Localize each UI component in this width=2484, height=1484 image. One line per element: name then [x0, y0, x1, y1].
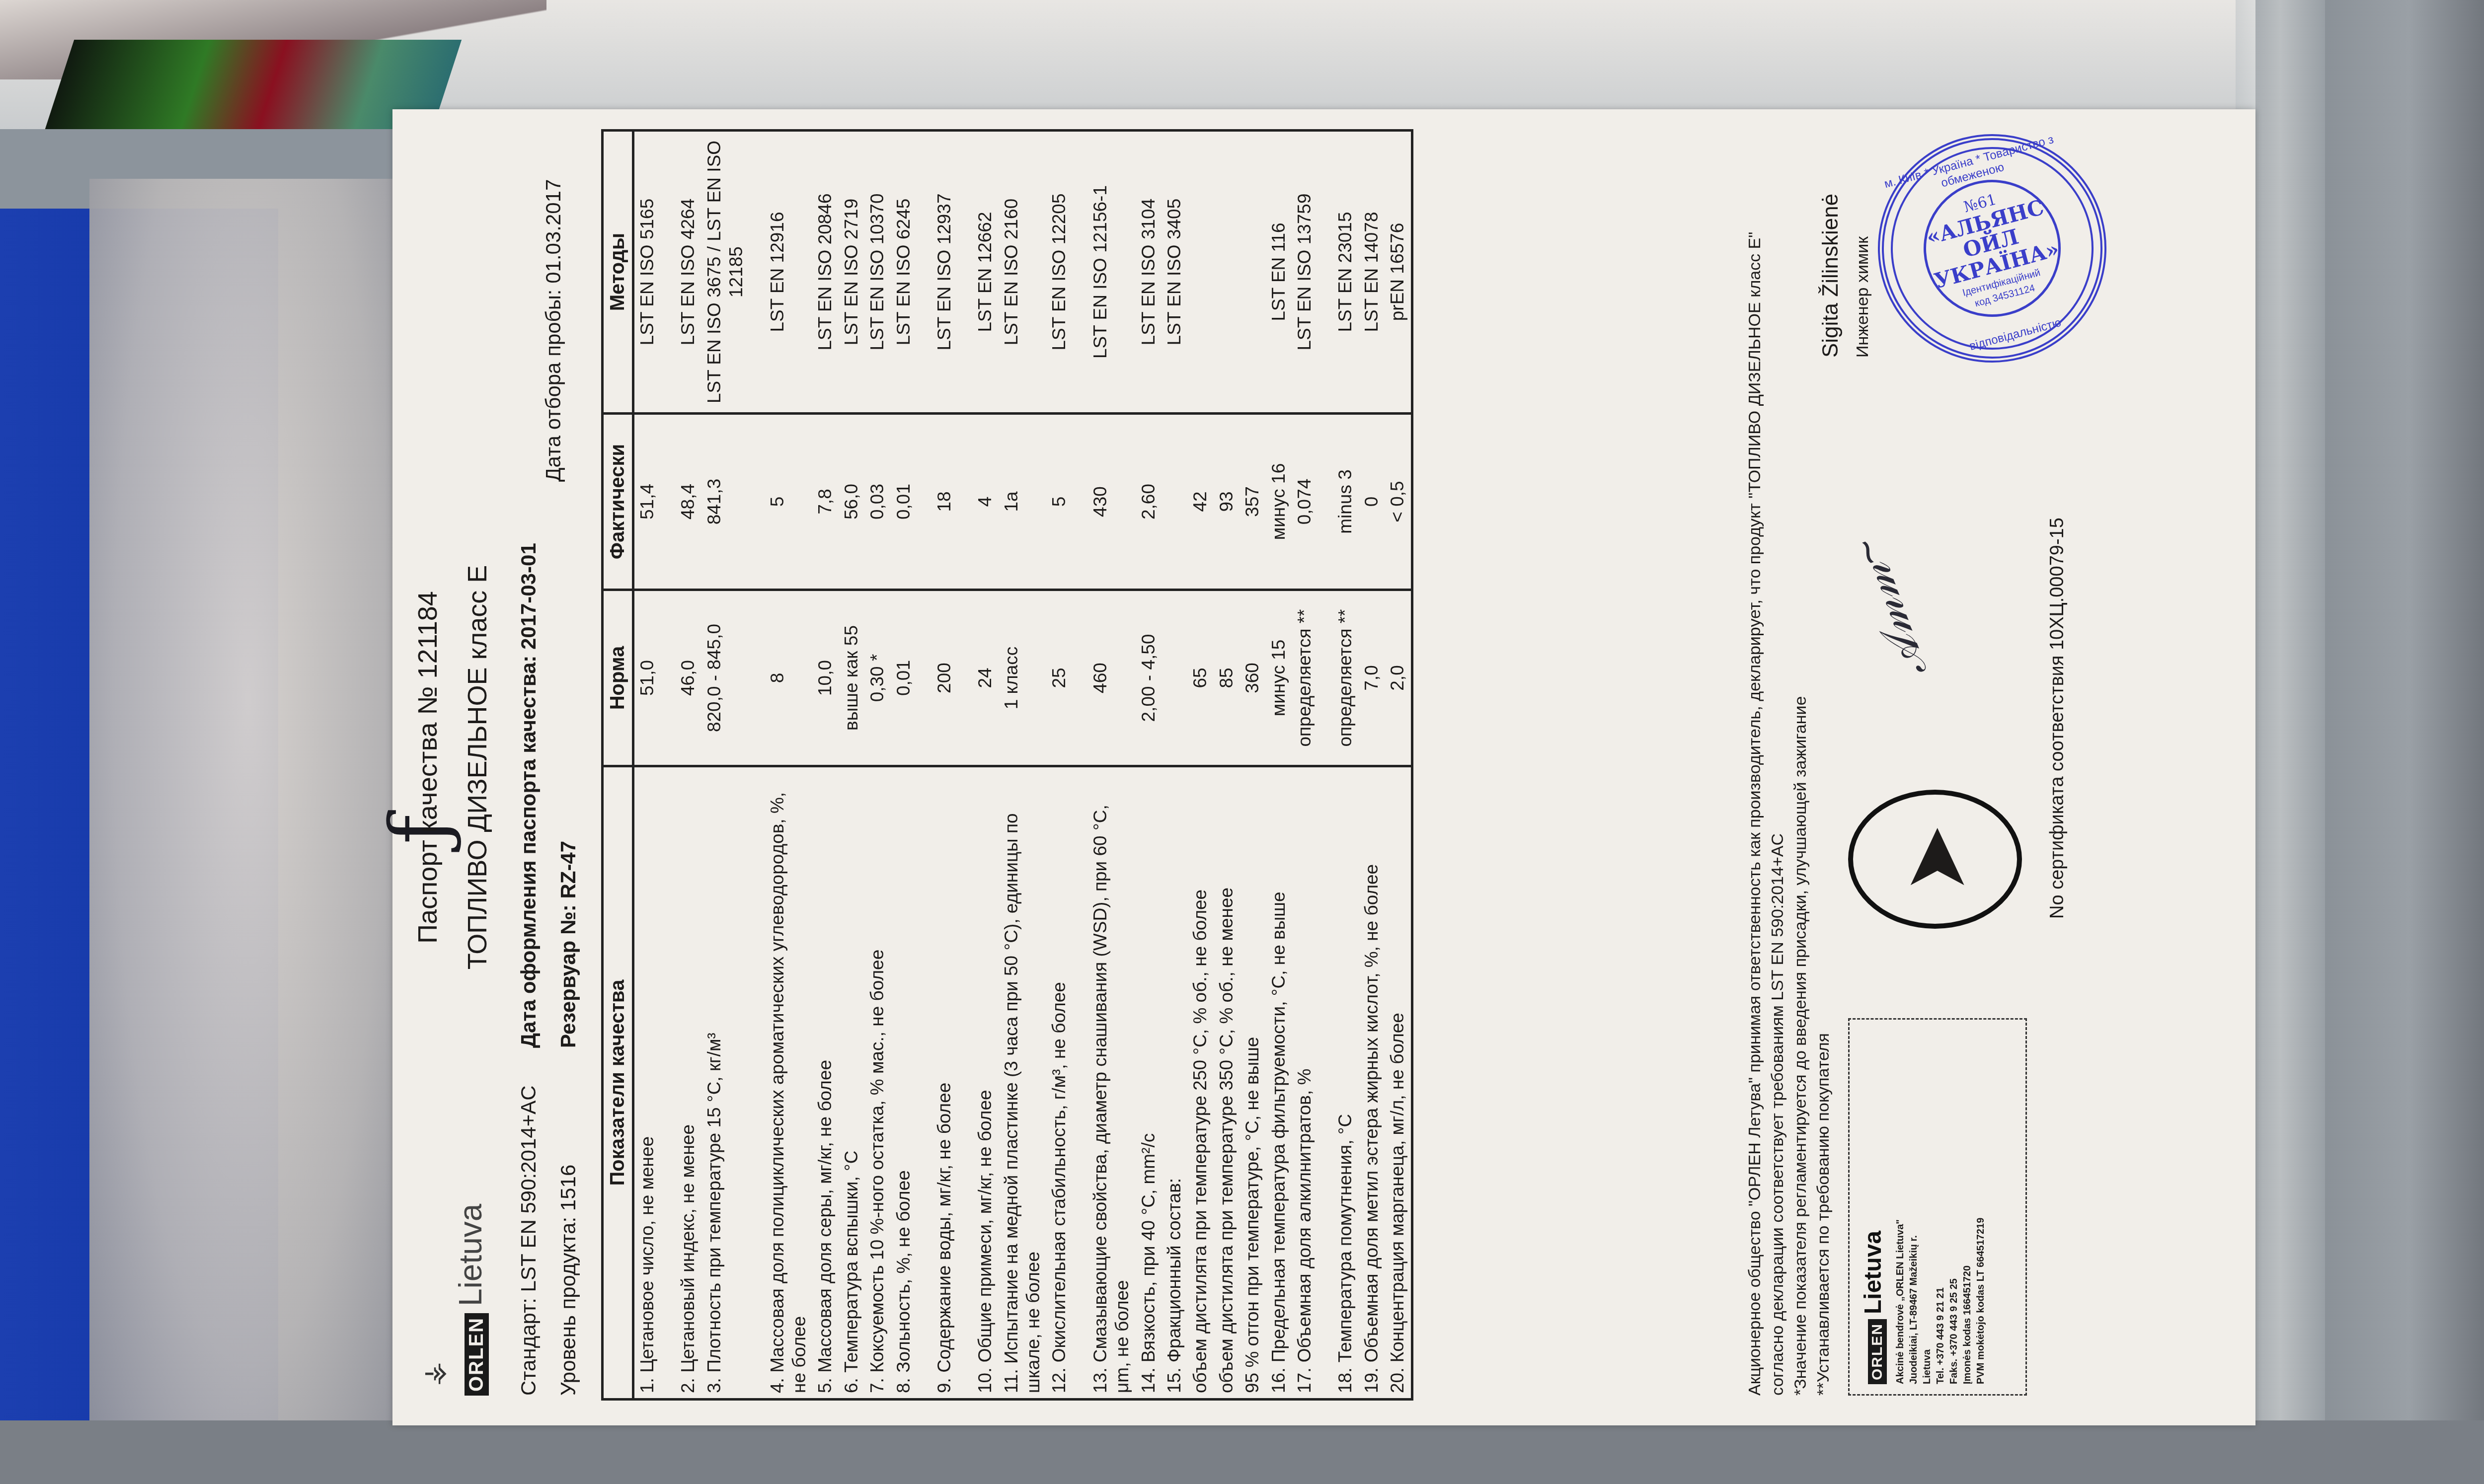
cell-actual: 1a: [999, 414, 1047, 590]
cell-actual: 841,3: [701, 414, 750, 590]
background-blurred-object: [89, 179, 407, 1484]
cell-norm: выше как 55: [839, 590, 864, 766]
table-row: 12. Окислительная стабильность, г/м³, не…: [1046, 131, 1072, 1400]
cell-actual: 357: [1240, 414, 1265, 590]
table-row: 1. Цетановое число, не менее51,051,4LST …: [633, 131, 661, 1400]
table-row: объем дистилята при температуре 250 °C, …: [1187, 131, 1213, 1400]
cell-name: объем дистилята при температуре 350 °C, …: [1214, 766, 1240, 1400]
cell-name: 15. Фракционный состав:: [1162, 766, 1187, 1400]
signer-role: Инженер химик: [1853, 236, 1872, 358]
cell-name: 3. Плотность при температуре 15 °C, кг/м…: [701, 766, 750, 1400]
cell-method: LST EN ISO 12156-1: [1073, 131, 1136, 414]
sample-date: Дата отбора пробы: 01.03.2017: [542, 179, 565, 482]
cell-actual: 5: [1046, 414, 1072, 590]
table-row: 19. Объемная доля метил эстера жирных ки…: [1359, 131, 1385, 1400]
orlen-wordmark: ORLEN: [1868, 1319, 1887, 1384]
cell-norm: 360: [1240, 590, 1265, 766]
cell-method: LST EN ISO 20846: [812, 131, 838, 414]
address-line: PVM mokėtojo kodas LT 664517219: [1974, 1030, 1988, 1384]
cell-actual: 18: [917, 414, 957, 590]
cell-actual: minus 3: [1318, 414, 1358, 590]
cell-name: 20. Концентрация марганеца, мг/л, не бол…: [1385, 766, 1412, 1400]
cell-norm: 10,0: [812, 590, 838, 766]
cell-name: 5. Массовая доля серы, мг/кг, не более: [812, 766, 838, 1400]
cell-method: LST EN ISO 3675 / LST EN ISO 12185: [701, 131, 750, 414]
table-row: 20. Концентрация марганеца, мг/л, не бол…: [1385, 131, 1412, 1400]
quality-table: Показатели качества Норма Фактически Мет…: [601, 129, 1413, 1401]
cell-norm: минус 15: [1266, 590, 1292, 766]
cell-method: LST EN 14078: [1359, 131, 1385, 414]
table-row: 8. Зольность, %, не более0,010,01LST EN …: [891, 131, 917, 1400]
cell-actual: < 0,5: [1385, 414, 1412, 590]
cell-norm: 820,0 - 845,0: [701, 590, 750, 766]
cell-name: объем дистилята при температуре 250 °C, …: [1187, 766, 1213, 1400]
table-row: 18. Температура помутнения, °Cопределяет…: [1318, 131, 1358, 1400]
cell-name: 11. Испытание на медной пластинке (3 час…: [999, 766, 1047, 1400]
cell-method: LST EN ISO 6245: [891, 131, 917, 414]
table-row: 7. Коксуемость 10 %-ного остатка, % мас.…: [864, 131, 890, 1400]
cell-actual: [1162, 414, 1187, 590]
cell-actual: 4: [957, 414, 998, 590]
table-row: 15. Фракционный состав:LST EN ISO 3405: [1162, 131, 1187, 1400]
address-line: Tel. +370 443 9 21 21: [1934, 1030, 1947, 1384]
cell-norm: [1162, 590, 1187, 766]
cell-method: LST EN ISO 3104: [1136, 131, 1162, 414]
signature: 𝒜𝓂𝓂~: [1840, 531, 1938, 685]
cell-actual: 42: [1187, 414, 1213, 590]
table-row: 3. Плотность при температуре 15 °C, кг/м…: [701, 131, 750, 1400]
quality-passport-paper: ƒ ⚶ ORLEN Lietuva Паспорт качества № 121…: [392, 109, 2255, 1425]
cell-actual: 56,0: [839, 414, 864, 590]
cell-actual: 0,03: [864, 414, 890, 590]
header-actual: Фактически: [603, 414, 633, 590]
note-line: *Значение показателя регламентируется до…: [1789, 129, 1812, 1396]
cell-norm: 25: [1046, 590, 1072, 766]
cell-norm: 460: [1073, 590, 1136, 766]
cell-method: LST EN ISO 13759: [1292, 131, 1318, 414]
cell-actual: 5: [750, 414, 813, 590]
product-name: ТОПЛИВО ДИЗЕЛЬНОЕ класс Е: [462, 109, 493, 1425]
cell-actual: 0,074: [1292, 414, 1318, 590]
cell-actual: 51,4: [633, 414, 661, 590]
cell-actual: 0,01: [891, 414, 917, 590]
tank-number: Резервуар №: RZ-47: [556, 841, 580, 1048]
cell-method: [1240, 131, 1265, 414]
cell-actual: 7,8: [812, 414, 838, 590]
header-methods: Методы: [603, 131, 633, 414]
cell-method: LST EN 116: [1266, 131, 1292, 414]
cell-name: 18. Температура помутнения, °C: [1318, 766, 1358, 1400]
document-content: ƒ ⚶ ORLEN Lietuva Паспорт качества № 121…: [392, 109, 2255, 1425]
table-row: 10. Общие примеси, мг/кг, не более244LST…: [957, 131, 998, 1400]
cell-norm: 51,0: [633, 590, 661, 766]
certification-emblem-icon: ➤: [1848, 790, 2022, 929]
cell-actual: 2,60: [1136, 414, 1162, 590]
table-row: 95 % отгон при температуре, °C, не выше3…: [1240, 131, 1265, 1400]
company-stamp: м. Київ * Україна * Товариство з обмежен…: [1852, 108, 2132, 388]
signer-name: Sigita Žilinskienė: [1818, 194, 1843, 358]
cell-name: 14. Вязкость, при 40 °C, mm²/c: [1136, 766, 1162, 1400]
cell-name: 19. Объемная доля метил эстера жирных ки…: [1359, 766, 1385, 1400]
cell-name: 6. Температура вспышки, °C: [839, 766, 864, 1400]
standard: Стандарт: LST EN 590:2014+AC: [517, 1085, 541, 1396]
cell-name: 8. Зольность, %, не более: [891, 766, 917, 1400]
table-row: 5. Массовая доля серы, мг/кг, не более10…: [812, 131, 838, 1400]
cell-name: 2. Цетановый индекс, не менее: [660, 766, 701, 1400]
cell-name: 7. Коксуемость 10 %-ного остатка, % мас.…: [864, 766, 890, 1400]
lietuva-wordmark: Lietuva: [1860, 1231, 1887, 1314]
cell-method: [1214, 131, 1240, 414]
table-header: Показатели качества Норма Фактически Мет…: [603, 131, 633, 1400]
table-row: 6. Температура вспышки, °Cвыше как 5556,…: [839, 131, 864, 1400]
note-line: Акционерное общество "ОРЛЕН Летува" прин…: [1744, 129, 1767, 1396]
cell-actual: 0: [1359, 414, 1385, 590]
address-line: Faks. +370 443 9 25 25: [1947, 1030, 1961, 1384]
cell-name: 9. Содержание воды, мг/кг, не более: [917, 766, 957, 1400]
note-line: согласно декларации соответствует требов…: [1767, 129, 1789, 1396]
cell-method: LST EN ISO 2160: [999, 131, 1047, 414]
cell-name: 10. Общие примеси, мг/кг, не более: [957, 766, 998, 1400]
cell-norm: 8: [750, 590, 813, 766]
table-row: 9. Содержание воды, мг/кг, не более20018…: [917, 131, 957, 1400]
cell-method: LST EN 12662: [957, 131, 998, 414]
background-bottom: [0, 1420, 2484, 1484]
cell-norm: 0,01: [891, 590, 917, 766]
table-row: 13. Смазывающие свойства, диаметр снашив…: [1073, 131, 1136, 1400]
address-line: Lietuva: [1921, 1030, 1934, 1384]
cell-method: LST EN 12916: [750, 131, 813, 414]
cell-norm: 200: [917, 590, 957, 766]
passport-title: Паспорт качества № 121184: [412, 109, 443, 1425]
cell-name: 17. Объемная доля алкилнитратов, %: [1292, 766, 1318, 1400]
cell-method: LST EN ISO 5165: [633, 131, 661, 414]
table-row: 11. Испытание на медной пластинке (3 час…: [999, 131, 1047, 1400]
cell-method: [1187, 131, 1213, 414]
cell-name: 13. Смазывающие свойства, диаметр снашив…: [1073, 766, 1136, 1400]
table-row: 14. Вязкость, при 40 °C, mm²/c2,00 - 4,5…: [1136, 131, 1162, 1400]
company-address: Akcinė bendrovė „ORLEN Lietuva"Juodeikia…: [1894, 1030, 1988, 1384]
cell-method: prEN 16576: [1385, 131, 1412, 414]
cell-method: LST EN ISO 2719: [839, 131, 864, 414]
cell-method: LST EN ISO 12205: [1046, 131, 1072, 414]
cell-name: 1. Цетановое число, не менее: [633, 766, 661, 1400]
certificate-number: No сертификата соответствия 10XЦ.00079-1…: [2047, 518, 2068, 919]
cell-norm: 2,0: [1385, 590, 1412, 766]
product-level: Уровень продукта: 1516: [556, 1165, 580, 1396]
cell-norm: 85: [1214, 590, 1240, 766]
table-row: 16. Предельная температура фильтруемости…: [1266, 131, 1292, 1400]
cell-norm: 65: [1187, 590, 1213, 766]
header-indicator: Показатели качества: [603, 766, 633, 1400]
cell-name: 12. Окислительная стабильность, г/м³, не…: [1046, 766, 1072, 1400]
table-row: объем дистилята при температуре 350 °C, …: [1214, 131, 1240, 1400]
cell-actual: 93: [1214, 414, 1240, 590]
cell-actual: 430: [1073, 414, 1136, 590]
header-norm: Норма: [603, 590, 633, 766]
table-row: 2. Цетановый индекс, не менее46,048,4LST…: [660, 131, 701, 1400]
cell-name: 95 % отгон при температуре, °C, не выше: [1240, 766, 1265, 1400]
cell-norm: определяется **: [1292, 590, 1318, 766]
address-line: Įmonės kodas 166451720: [1961, 1030, 1974, 1384]
cell-name: 16. Предельная температура фильтруемости…: [1266, 766, 1292, 1400]
cell-method: LST EN ISO 10370: [864, 131, 890, 414]
cell-method: LST EN ISO 4264: [660, 131, 701, 414]
address-line: Akcinė bendrovė „ORLEN Lietuva": [1894, 1030, 1907, 1384]
company-card: ORLEN Lietuva Akcinė bendrovė „ORLEN Lie…: [1848, 1018, 2027, 1396]
cell-name: 4. Массовая доля полициклических аромати…: [750, 766, 813, 1400]
cell-actual: минус 16: [1266, 414, 1292, 590]
cell-method: LST EN ISO 3405: [1162, 131, 1187, 414]
cell-method: LST EN ISO 12937: [917, 131, 957, 414]
cell-norm: 0,30 *: [864, 590, 890, 766]
cell-norm: 24: [957, 590, 998, 766]
cell-norm: 1 класс: [999, 590, 1047, 766]
cell-norm: определяется **: [1318, 590, 1358, 766]
table-row: 4. Массовая доля полициклических аромати…: [750, 131, 813, 1400]
table-row: 17. Объемная доля алкилнитратов, %опреде…: [1292, 131, 1318, 1400]
issue-date: Дата оформления паспорта качества: 2017-…: [517, 543, 541, 1048]
cell-norm: 2,00 - 4,50: [1136, 590, 1162, 766]
cell-method: LST EN 23015: [1318, 131, 1358, 414]
cell-norm: 7,0: [1359, 590, 1385, 766]
cell-actual: 48,4: [660, 414, 701, 590]
cell-norm: 46,0: [660, 590, 701, 766]
address-line: Juodeikiai, LT-89467 Mažeikių r.: [1907, 1030, 1921, 1384]
